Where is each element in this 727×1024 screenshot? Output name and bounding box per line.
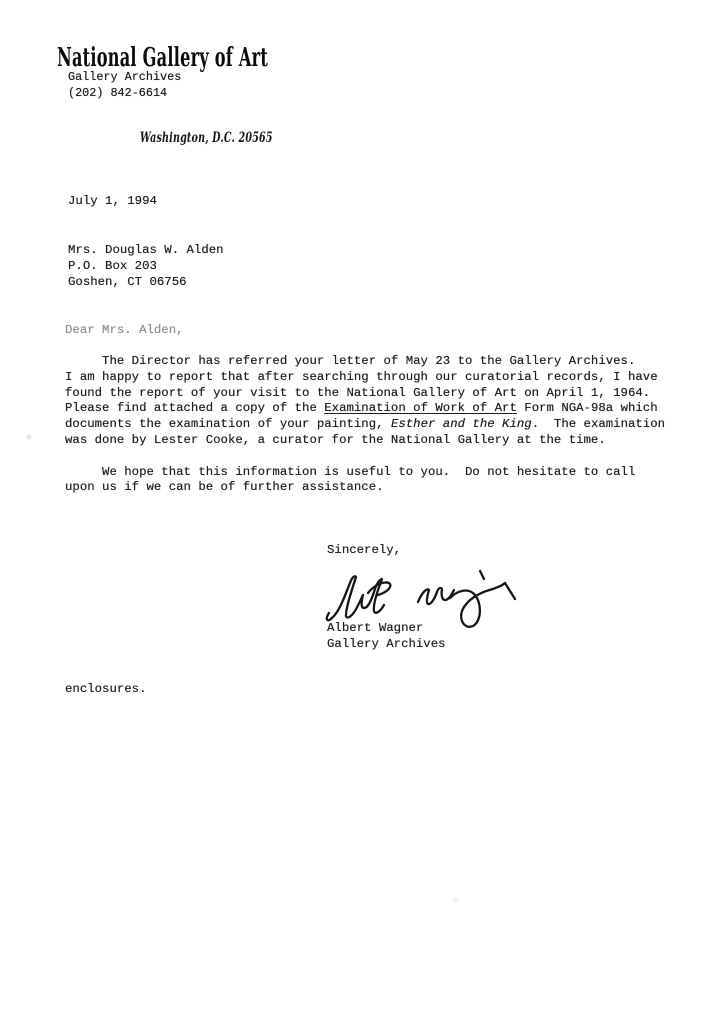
signature-scrawl-w <box>418 588 454 604</box>
letterhead-city-zip: Washington, D.C. 20565 <box>140 130 273 146</box>
recipient-address: Mrs. Douglas W. AldenP.O. Box 203Goshen,… <box>68 243 224 290</box>
closing-phrase: Sincerely, <box>327 543 401 559</box>
signature-block: Albert Wagner Gallery Archives <box>327 621 446 653</box>
signature-scrawl-tick <box>480 571 484 579</box>
scan-speck <box>453 898 458 902</box>
letterhead-dept-phone: Gallery Archives (202) 842-6614 <box>68 70 181 102</box>
enclosures-note: enclosures. <box>65 682 146 698</box>
salutation: Dear Mrs. Alden, <box>65 323 184 339</box>
letter-date: July 1, 1994 <box>68 194 157 210</box>
signature-scrawl-initials <box>327 576 384 620</box>
letter-body: The Director has referred your letter of… <box>65 354 665 496</box>
letter-page: National Gallery of Art Gallery Archives… <box>0 0 727 1024</box>
letterhead-org-name: National Gallery of Art <box>57 44 268 72</box>
signature-scrawl-loop-tail <box>450 583 515 627</box>
scan-speck <box>27 435 31 439</box>
